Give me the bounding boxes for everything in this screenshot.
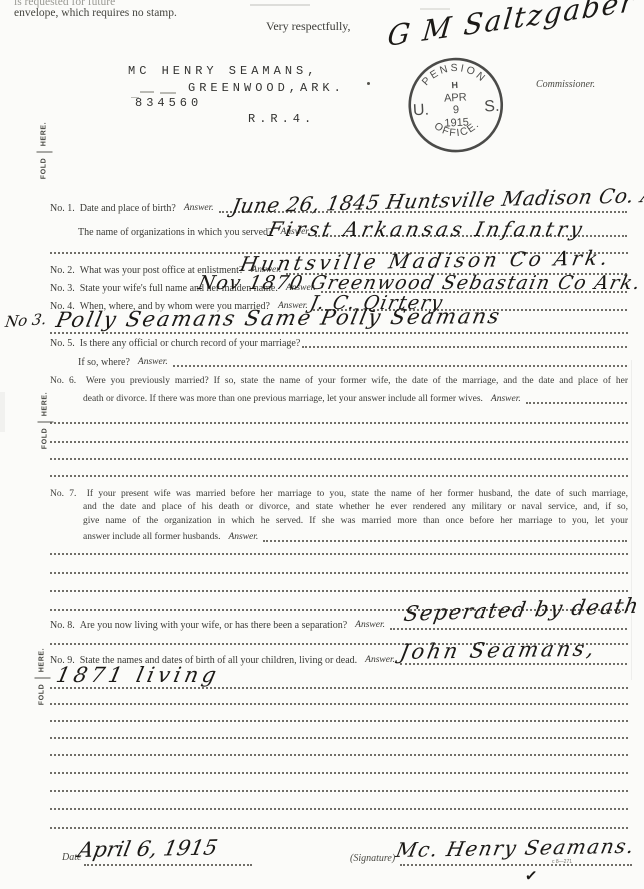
question-text: If so, where? — [78, 356, 130, 369]
answer-label: Answer. — [355, 619, 385, 632]
dotted-answer-line — [50, 332, 628, 334]
answer-label: Answer. — [365, 654, 395, 667]
document-page: is requested for future envelope, which … — [0, 0, 644, 889]
dotted-answer-line — [50, 703, 628, 705]
overline-mark — [131, 97, 139, 98]
dotted-answer-line — [50, 790, 628, 792]
fold-here-marker: FOLDHERE. — [39, 121, 50, 181]
question-5b: If so, where? Answer. — [78, 356, 628, 369]
question-6-line2: death or divorce. If there was more than… — [83, 393, 628, 406]
dotted-answer-line — [50, 772, 628, 774]
strike-mark — [160, 92, 176, 94]
scan-edge-line — [631, 360, 632, 680]
dotted-answer-line — [50, 754, 628, 756]
answer-label: Answer. — [184, 202, 214, 215]
stamp-left: U. — [413, 101, 430, 119]
fold-label: FOLD — [39, 684, 46, 705]
answer-label: Answer. — [228, 531, 258, 544]
faded-mark — [250, 4, 310, 6]
dotted-answer-line — [50, 808, 628, 810]
handwritten-answer-q9-line2: 1871 living — [54, 663, 222, 687]
handwritten-date: April 6, 1915 — [76, 835, 220, 862]
signature-line — [400, 864, 632, 866]
date-line — [84, 864, 252, 866]
question-7-line2: and the date and place of his death or d… — [83, 501, 628, 514]
question-text: The name of organizations in which you s… — [78, 226, 272, 239]
handwritten-margin-note: No 3. — [4, 310, 48, 331]
question-text: death or divorce. If there was more than… — [83, 393, 483, 406]
here-label: HERE. — [42, 392, 49, 416]
answer-label: Answer. — [138, 356, 168, 369]
fold-here-marker: FOLDHERE. — [40, 391, 51, 451]
question-7-line3: give name of the organization in which h… — [83, 515, 628, 528]
question-text: Are you now living with your wife, or ha… — [80, 619, 347, 632]
stamp-right: S. — [484, 98, 500, 116]
handwritten-answer-q1b: First Arkansas Infantry — [266, 217, 588, 241]
faded-mark — [420, 8, 450, 10]
stamp-line1: H — [451, 80, 458, 90]
here-label: HERE. — [41, 122, 48, 146]
handwritten-answer-q9: John Seamans, — [398, 636, 599, 664]
question-5: No. 5. Is there any official or church r… — [50, 337, 628, 350]
check-mark: ✓ — [524, 866, 538, 885]
rural-route: R.R.4. — [248, 112, 315, 126]
question-number: No. 8. — [50, 619, 75, 632]
scan-smudge — [0, 392, 5, 432]
addressee-name: MC HENRY SEAMANS, — [128, 64, 318, 78]
addressee-city: GREENWOOD,ARK. — [188, 81, 345, 95]
fold-divider — [36, 151, 52, 153]
dotted-answer-line — [50, 827, 628, 829]
answer-label: Answer. — [491, 393, 521, 406]
question-6-line1: No. 6. Were you previously married? If s… — [50, 375, 628, 388]
dotted-answer-line — [50, 572, 628, 574]
question-number: No. 2. — [50, 264, 75, 277]
question-7-line4: answer include all former husbands. Answ… — [83, 531, 628, 544]
salutation: Very respectfully, — [266, 19, 351, 34]
form-code: c 8—271 — [552, 859, 572, 865]
handwritten-answer-q3: Nov 1870 Greenwood Sebastain Co Ark. — [196, 272, 643, 294]
question-text: Date and place of birth? — [80, 202, 176, 215]
dotted-answer-line — [50, 590, 628, 592]
ink-dot — [367, 82, 370, 85]
dotted-leader — [263, 540, 627, 542]
question-number: No. 1. — [50, 202, 75, 215]
dotted-answer-line — [50, 475, 628, 477]
fold-here-marker: FOLDHERE. — [37, 647, 48, 707]
fold-label: FOLD — [41, 158, 48, 179]
dotted-leader — [390, 628, 627, 630]
dotted-answer-line — [50, 687, 628, 689]
question-7-line1: No. 7. If your present wife was married … — [50, 488, 628, 501]
strike-mark — [140, 91, 154, 93]
question-text: Is there any official or church record o… — [80, 337, 301, 350]
dotted-leader — [302, 346, 627, 348]
pension-office-stamp: PENSION OFFICE. U. S. H APR 9 1915 — [399, 52, 515, 168]
dotted-leader — [173, 365, 627, 367]
here-label: HERE. — [39, 648, 46, 672]
question-number: No. 5. — [50, 337, 75, 350]
envelope-line: envelope, which requires no stamp. — [14, 7, 177, 19]
question-text: If your present wife was married before … — [87, 489, 628, 499]
handwritten-answer-q4-wife: Polly Seamans Same Polly Seamans — [54, 304, 503, 332]
dotted-answer-line — [50, 422, 628, 424]
fold-label: FOLD — [42, 428, 49, 449]
question-number: No. 7. — [50, 489, 76, 499]
question-text: answer include all former husbands. — [83, 531, 220, 544]
signature-label: (Signature) — [350, 853, 395, 864]
question-number: No. 3. — [50, 282, 75, 295]
dotted-answer-line — [50, 458, 628, 460]
dotted-answer-line — [50, 737, 628, 739]
file-number: 834560 — [135, 96, 202, 110]
stamp-line2: APR — [444, 91, 467, 104]
dotted-answer-line — [50, 441, 628, 443]
question-text: Were you previously married? If so, stat… — [86, 376, 628, 386]
handwritten-signature: Mc. Henry Seamans. — [394, 834, 637, 862]
stamp-line3: 9 — [453, 104, 460, 116]
dotted-answer-line — [50, 553, 628, 555]
fold-divider — [37, 421, 53, 423]
fold-divider — [34, 677, 50, 679]
question-number: No. 6. — [50, 376, 76, 386]
commissioner-label: Commissioner. — [536, 79, 595, 90]
dotted-answer-line — [50, 720, 628, 722]
dotted-leader — [526, 402, 627, 404]
stamp-line4: 1915 — [444, 116, 469, 129]
